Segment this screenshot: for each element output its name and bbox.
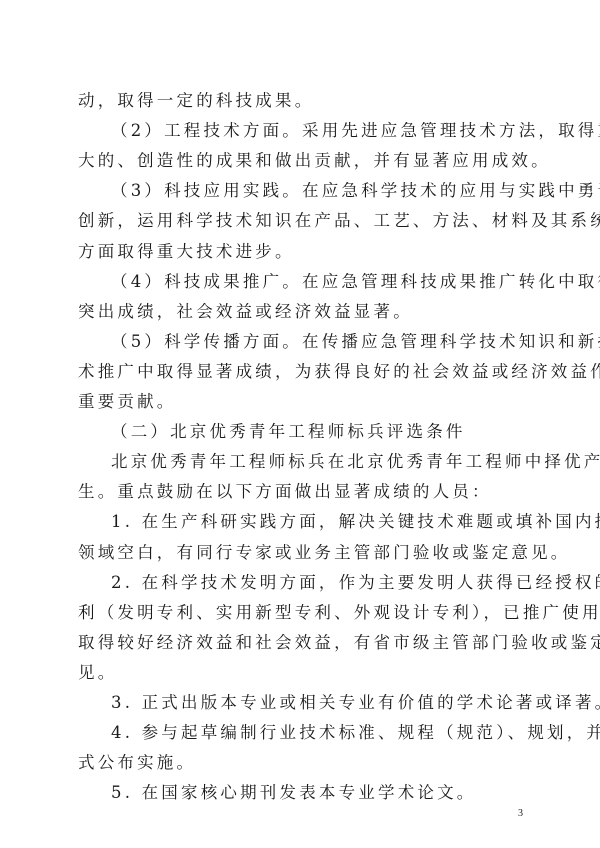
document-page: 动，取得一定的科技成果。（2）工程技术方面。采用先进应急管理技术方法，取得重大的… [0,0,600,848]
text-line: （5）科学传播方面。在传播应急管理科学技术知识和新技 [111,332,524,352]
text-line: 取得较好经济效益和社会效益，有省市级主管部门验收或鉴定意 [78,633,524,653]
text-line: （3）科技应用实践。在应急科学技术的应用与实践中勇于 [111,181,524,201]
text-line: 利（发明专利、实用新型专利、外观设计专利），已推广使用并 [78,603,524,623]
text-line: 创新，运用科学技术知识在产品、工艺、方法、材料及其系统等 [78,211,524,231]
text-line: 方面取得重大技术进步。 [78,242,524,262]
text-line: 5. 在国家核心期刊发表本专业学术论文。 [111,783,524,803]
text-line: 生。重点鼓励在以下方面做出显著成绩的人员： [78,482,524,502]
text-line: 重要贡献。 [78,392,524,412]
text-line: （二）北京优秀青年工程师标兵评选条件 [111,422,524,442]
page-number: 3 [518,808,523,819]
text-line: 式公布实施。 [78,753,524,773]
text-line: 1. 在生产科研实践方面，解决关键技术难题或填补国内技术 [111,512,524,532]
text-line: 术推广中取得显著成绩，为获得良好的社会效益或经济效益作出 [78,362,524,382]
text-line: 领域空白，有同行专家或业务主管部门验收或鉴定意见。 [78,543,524,563]
text-line: 3. 正式出版本专业或相关专业有价值的学术论著或译著。 [111,693,524,713]
text-line: 2. 在科学技术发明方面，作为主要发明人获得已经授权的专 [111,573,524,593]
text-line: 见。 [78,663,524,683]
text-line: （4）科技成果推广。在应急管理科技成果推广转化中取得 [111,272,524,292]
text-line: 大的、创造性的成果和做出贡献，并有显著应用成效。 [78,151,524,171]
text-line: 4. 参与起草编制行业技术标准、规程（规范）、规划，并正 [111,723,524,743]
text-line: 突出成绩，社会效益或经济效益显著。 [78,302,524,322]
text-line: 动，取得一定的科技成果。 [78,91,524,111]
text-line: （2）工程技术方面。采用先进应急管理技术方法，取得重 [111,121,524,141]
text-line: 北京优秀青年工程师标兵在北京优秀青年工程师中择优产 [111,452,524,472]
